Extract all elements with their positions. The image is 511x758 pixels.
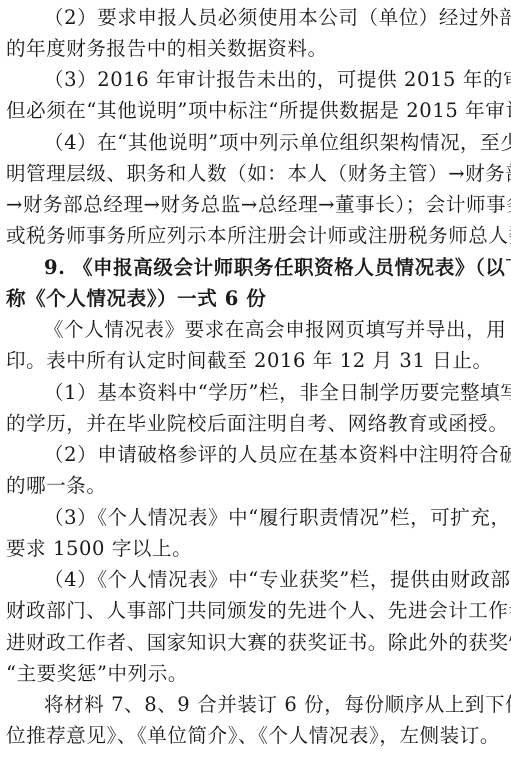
- paragraph-line: 的学历，并在毕业院校后面注明自考、网络教育或函授。: [6, 412, 509, 436]
- paragraph-line: 的年度财务报告中的相关数据资料。: [6, 37, 328, 61]
- paragraph-line: （4）在“其他说明”项中列示单位组织架构情况，至少应注: [44, 131, 511, 155]
- paragraph-line: 或税务师事务所应列示本所注册会计师或注册税务师总人数。: [6, 224, 511, 248]
- paragraph-line: →财务部总经理→财务总监→总经理→董事长）；会计师事务所: [6, 193, 511, 217]
- paragraph-line: （3）《个人情况表》中“履行职责情况”栏，可扩充，字数: [44, 506, 511, 530]
- paragraph-line: 《个人情况表》要求在高会申报网页填写并导出，用 A4 纸打: [44, 318, 511, 342]
- paragraph-line: （4）《个人情况表》中“专业获奖”栏，提供由财政部门或: [44, 568, 511, 592]
- section-heading: 称《个人情况表》）一式 6 份: [6, 287, 266, 311]
- paragraph-line: 进财政工作者、国家知识大赛的获奖证书。除此外的获奖情况在: [6, 631, 511, 655]
- paragraph-line: 但必须在“其他说明”项中标注“所提供数据是 2015 年审计数据”。: [6, 99, 511, 123]
- paragraph-line: 将材料 7、8、9 合并装订 6 份，每份顺序从上到下依次为《单: [44, 693, 511, 717]
- paragraph-line: （2）要求申报人员必须使用本公司（单位）经过外部审计: [44, 6, 511, 30]
- paragraph-line: 位推荐意见》、《单位简介》、《个人情况表》，左侧装订。: [6, 724, 500, 748]
- section-heading: 9. 《申报高级会计师职务任职资格人员情况表》（以下简: [44, 256, 511, 280]
- paragraph-line: （3）2016 年审计报告未出的，可提供 2015 年的审计数据，: [44, 68, 511, 92]
- document-page: （2）要求申报人员必须使用本公司（单位）经过外部审计 的年度财务报告中的相关数据…: [0, 0, 511, 758]
- paragraph-line: （1）基本资料中“学历”栏，非全日制学历要完整填写之前: [44, 381, 511, 405]
- paragraph-line: 财政部门、人事部门共同颁发的先进个人、先进会计工作者、先: [6, 599, 511, 623]
- paragraph-line: 的哪一条。: [6, 474, 107, 498]
- paragraph-line: （2）申请破格参评的人员应在基本资料中注明符合破格条件: [44, 443, 511, 467]
- paragraph-line: 明管理层级、职务和人数（如：本人（财务主管）→财务部经理: [6, 162, 511, 186]
- paragraph-line: 印。表中所有认定时间截至 2016 年 12 月 31 日止。: [6, 349, 493, 373]
- paragraph-line: 要求 1500 字以上。: [6, 537, 192, 561]
- paragraph-line: “主要奖惩”中列示。: [6, 662, 188, 686]
